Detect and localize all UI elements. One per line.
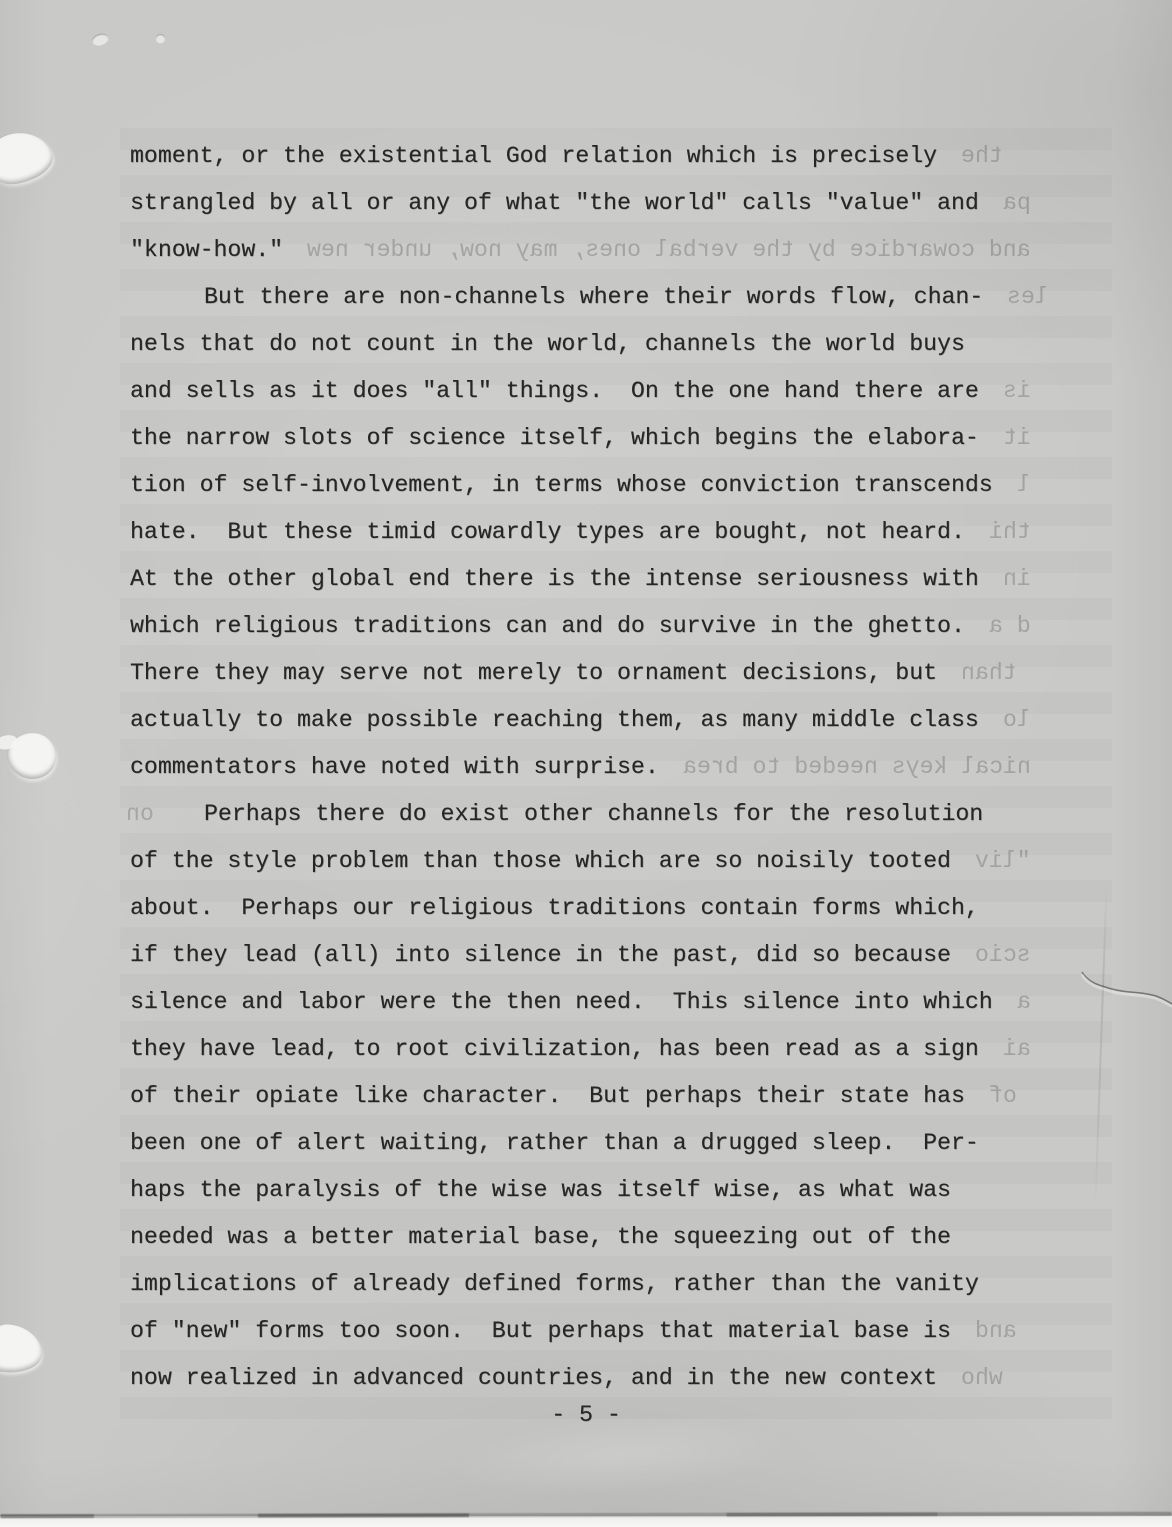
typed-line: actually to make possible reaching them,…	[130, 697, 1050, 744]
paper-crease	[1094, 880, 1108, 1210]
typed-line-text: There they may serve not merely to ornam…	[130, 660, 937, 686]
typed-line: of their opiate like character. But perh…	[130, 1073, 1050, 1120]
typed-line-text: of "new" forms too soon. But perhaps tha…	[130, 1318, 951, 1344]
bleed-through-ghost-text: d a	[989, 603, 1031, 650]
typed-line: about. Perhaps our religious traditions …	[130, 885, 1050, 932]
typed-line-text: the narrow slots of science itself, whic…	[130, 425, 979, 451]
typed-line: nels that do not count in the world, cha…	[130, 321, 1050, 368]
typed-line-text: actually to make possible reaching them,…	[130, 707, 979, 733]
punch-hole-top	[0, 127, 56, 190]
bleed-through-ghost-text: nical keys needed to brea	[683, 744, 1031, 791]
typed-line-text: moment, or the existential God relation …	[130, 143, 937, 169]
bleed-through-ghost-text: it	[1003, 415, 1031, 462]
typed-line: silence and labor were the then need. Th…	[130, 979, 1050, 1026]
typed-line: At the other global end there is the int…	[130, 556, 1050, 603]
punch-hole-bottom	[0, 1322, 44, 1376]
typed-line: strangled by all or any of what "the wor…	[130, 180, 1050, 227]
typed-line: of "new" forms too soon. But perhaps tha…	[130, 1308, 1050, 1355]
bleed-through-ghost-text: and	[975, 1308, 1017, 1355]
bleed-through-ghost-text: the	[961, 133, 1003, 180]
typed-line: But there are non-channels where their w…	[130, 274, 1050, 321]
typed-line-text: "know-how."	[130, 237, 283, 263]
typed-text-block: moment, or the existential God relation …	[130, 133, 1050, 1402]
bleed-through-ghost-text: a	[1017, 979, 1031, 1026]
page-number: - 5 -	[0, 1392, 1172, 1439]
typed-line-text: implications of already defined forms, r…	[130, 1271, 979, 1297]
typed-line-text: of their opiate like character. But perh…	[130, 1083, 965, 1109]
punch-hole-middle	[5, 730, 59, 782]
typed-line-text: commentators have noted with surprise.	[130, 754, 659, 780]
typed-line: and sells as it does "all" things. On th…	[130, 368, 1050, 415]
typed-line-text: if they lead (all) into silence in the p…	[130, 942, 951, 968]
bleed-through-ghost-text: l	[1017, 462, 1031, 509]
bleed-through-ghost-text: in	[1003, 556, 1031, 603]
scanned-page: moment, or the existential God relation …	[0, 0, 1172, 1527]
typed-line-text: Perhaps there do exist other channels fo…	[204, 801, 983, 827]
typed-line-text: they have lead, to root civilization, ha…	[130, 1036, 979, 1062]
typed-line: There they may serve not merely to ornam…	[130, 650, 1050, 697]
bleed-through-ghost-text: "liv	[975, 838, 1031, 885]
typed-line: tion of self-involvement, in terms whose…	[130, 462, 1050, 509]
typed-line-text: needed was a better material base, the s…	[130, 1224, 951, 1250]
typed-line-text: tion of self-involvement, in terms whose…	[130, 472, 993, 498]
typed-line: "know-how."and cowardice by the verbal o…	[130, 227, 1050, 274]
bleed-through-ghost-text: is	[1003, 368, 1031, 415]
typed-line: of the style problem than those which ar…	[130, 838, 1050, 885]
typed-line: the narrow slots of science itself, whic…	[130, 415, 1050, 462]
typed-line-text: and sells as it does "all" things. On th…	[130, 378, 979, 404]
typed-line-text: been one of alert waiting, rather than a…	[130, 1130, 979, 1156]
typed-line: which religious traditions can and do su…	[130, 603, 1050, 650]
typed-line: implications of already defined forms, r…	[130, 1261, 1050, 1308]
typed-line: onPerhaps there do exist other channels …	[130, 791, 1050, 838]
typed-line: needed was a better material base, the s…	[130, 1214, 1050, 1261]
typed-line-text: At the other global end there is the int…	[130, 566, 979, 592]
bleed-through-ghost-text: on	[126, 791, 154, 838]
bleed-through-ghost-text: than	[961, 650, 1017, 697]
typed-line: hate. But these timid cowardly types are…	[130, 509, 1050, 556]
bleed-through-ghost-text: and cowardice by the verbal ones, may no…	[307, 227, 1031, 274]
staple-mark	[156, 34, 165, 42]
typed-line: moment, or the existential God relation …	[130, 133, 1050, 180]
typed-line: haps the paralysis of the wise was itsel…	[130, 1167, 1050, 1214]
bleed-through-ghost-text: thi	[989, 509, 1031, 556]
bleed-through-ghost-text: lo	[1003, 697, 1031, 744]
typed-line-text: haps the paralysis of the wise was itsel…	[130, 1177, 951, 1203]
typed-line: if they lead (all) into silence in the p…	[130, 932, 1050, 979]
typed-line-text: strangled by all or any of what "the wor…	[130, 190, 979, 216]
typed-line-text: hate. But these timid cowardly types are…	[130, 519, 965, 545]
bleed-through-ghost-text: of	[989, 1073, 1017, 1120]
edge-tear-crack	[1072, 950, 1172, 1030]
typed-line-text: now realized in advanced countries, and …	[130, 1365, 937, 1391]
typed-line-text: silence and labor were the then need. Th…	[130, 989, 993, 1015]
typed-line: commentators have noted with surprise.ni…	[130, 744, 1050, 791]
bleed-through-ghost-text: les	[1007, 274, 1049, 321]
typed-line: they have lead, to root civilization, ha…	[130, 1026, 1050, 1073]
bleed-through-ghost-text: ai	[1003, 1026, 1031, 1073]
typed-line-text: of the style problem than those which ar…	[130, 848, 951, 874]
bleed-through-ghost-text: pa	[1003, 180, 1031, 227]
typed-line-text: which religious traditions can and do su…	[130, 613, 965, 639]
staple-mark	[91, 32, 109, 46]
bleed-through-ghost-text: scio	[975, 932, 1031, 979]
typed-line-text: nels that do not count in the world, cha…	[130, 331, 965, 357]
typed-line-text: But there are non-channels where their w…	[204, 284, 983, 310]
typed-line-text: about. Perhaps our religious traditions …	[130, 895, 979, 921]
typed-line: been one of alert waiting, rather than a…	[130, 1120, 1050, 1167]
